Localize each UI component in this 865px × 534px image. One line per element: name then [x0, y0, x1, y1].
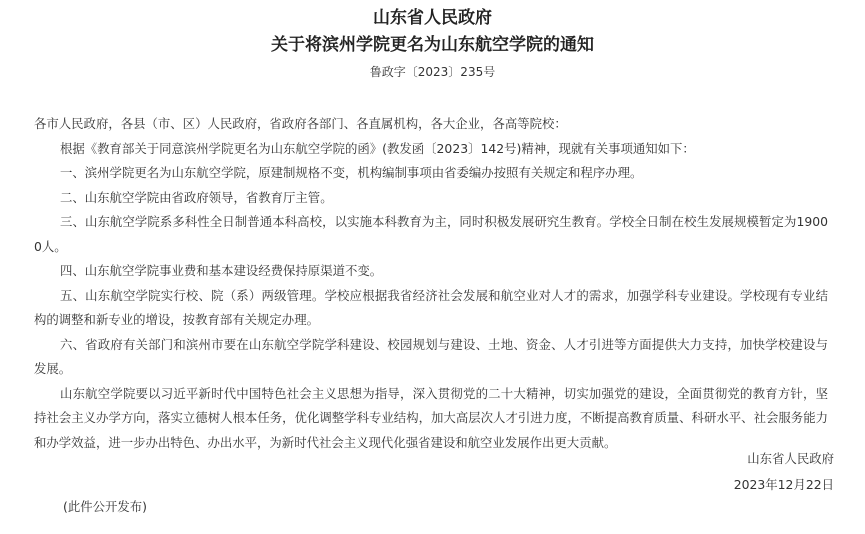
publication-note: (此件公开发布): [63, 497, 147, 517]
document-title: 关于将滨州学院更名为山东航空学院的通知: [0, 33, 865, 57]
paragraph-item-5: 五、山东航空学院实行校、院（系）两级管理。学校应根据我省经济社会发展和航空业对人…: [34, 284, 828, 333]
signature-block: 山东省人民政府 2023年12月22日: [734, 446, 834, 498]
paragraph-item-6: 六、省政府有关部门和滨州市要在山东航空学院学科建设、校园规划与建设、土地、资金、…: [34, 333, 828, 382]
document-body: 各市人民政府，各县（市、区）人民政府，省政府各部门、各直属机构，各大企业，各高等…: [34, 112, 828, 455]
paragraph-item-3: 三、山东航空学院系多科性全日制普通本科高校，以实施本科教育为主，同时积极发展研究…: [34, 210, 828, 259]
signature-date: 2023年12月22日: [734, 472, 834, 498]
signature-issuer: 山东省人民政府: [734, 446, 834, 472]
addressees: 各市人民政府，各县（市、区）人民政府，省政府各部门、各直属机构，各大企业，各高等…: [34, 112, 828, 137]
paragraph-item-4: 四、山东航空学院事业费和基本建设经费保持原渠道不变。: [34, 259, 828, 284]
paragraph-closing: 山东航空学院要以习近平新时代中国特色社会主义思想为指导，深入贯彻党的二十大精神，…: [34, 382, 828, 456]
paragraph-item-1: 一、滨州学院更名为山东航空学院，原建制规格不变，机构编制事项由省委编办按照有关规…: [34, 161, 828, 186]
paragraph-item-2: 二、山东航空学院由省政府领导，省教育厅主管。: [34, 186, 828, 211]
issuer-heading: 山东省人民政府: [0, 6, 865, 30]
document-number: 鲁政字〔2023〕235号: [0, 63, 865, 81]
paragraph-basis: 根据《教育部关于同意滨州学院更名为山东航空学院的函》(教发函〔2023〕142号…: [34, 137, 828, 162]
